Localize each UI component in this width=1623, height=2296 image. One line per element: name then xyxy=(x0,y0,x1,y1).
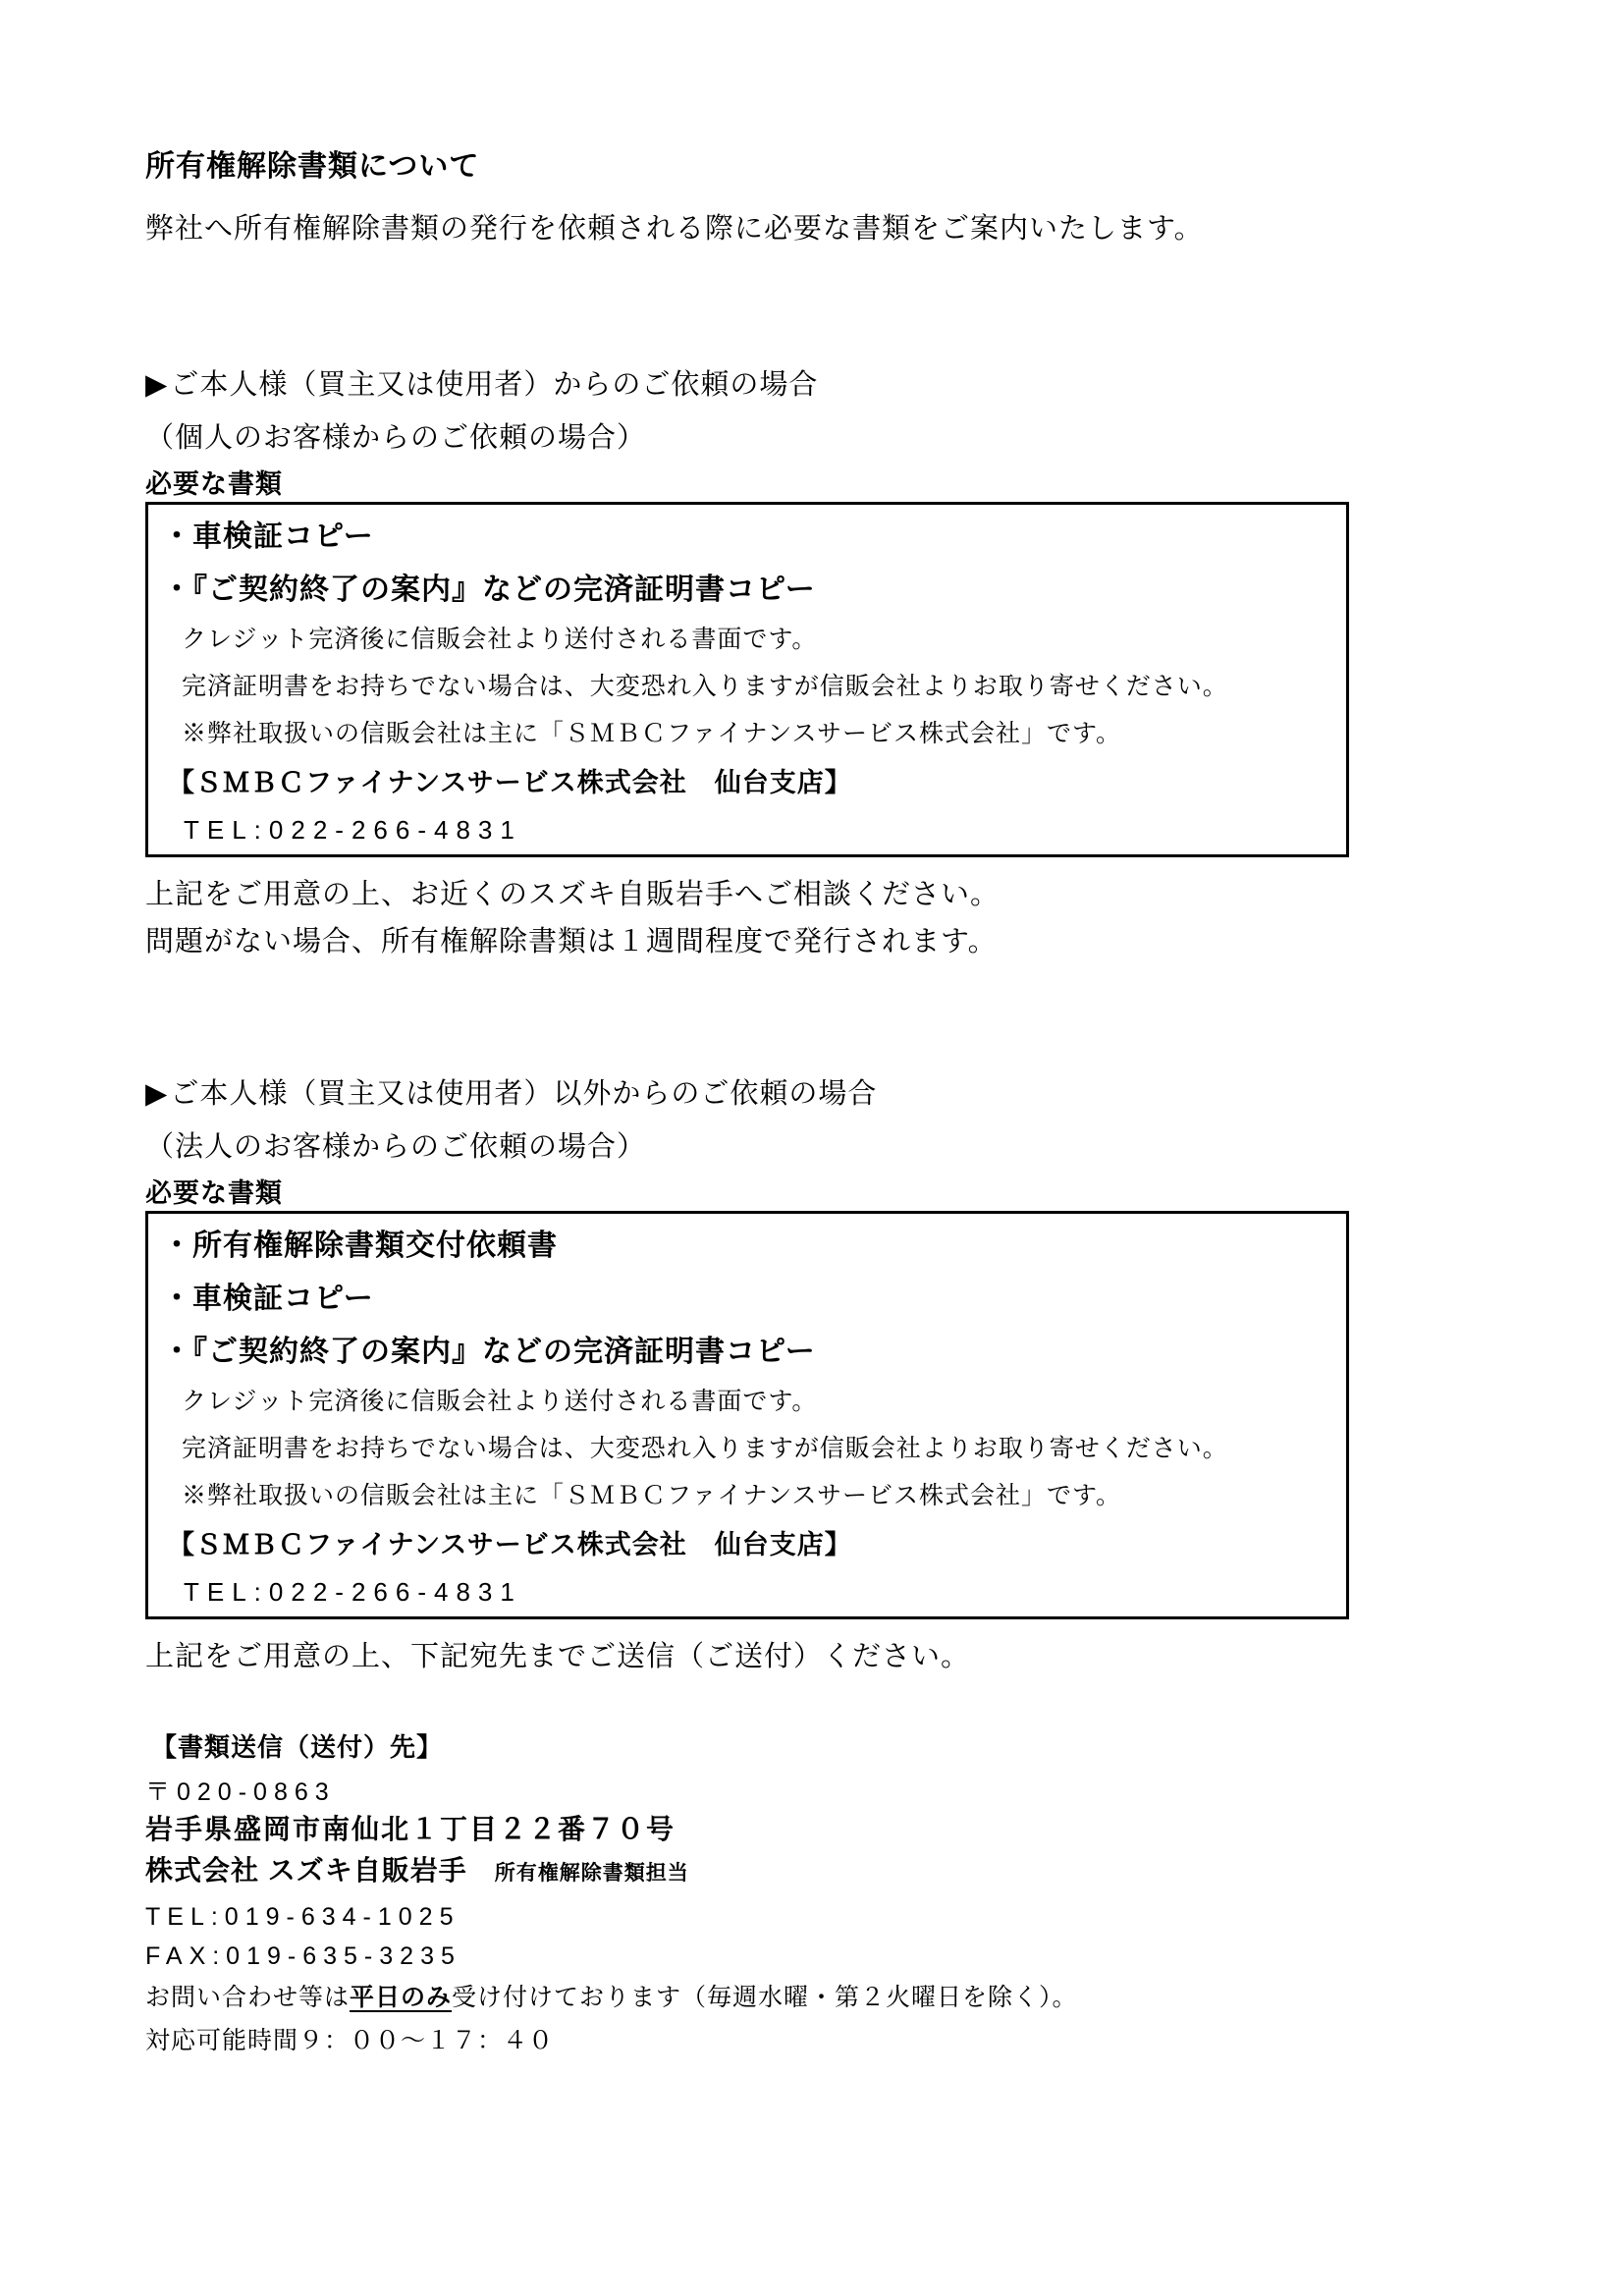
section-heading-text: ご本人様（買主又は使用者）以外からのご依頼の場合 xyxy=(170,1078,877,1110)
box-note: 完済証明書をお持ちでない場合は、大変恐れ入りますが信販会社よりお取り寄せください… xyxy=(148,664,1346,711)
required-documents-label: 必要な書類 xyxy=(145,466,1486,502)
business-hours: 対応可能時間９：００～１７：４０ xyxy=(145,2020,1486,2063)
box-note: ※弊社取扱いの信販会社は主に「ＳＭＢＣファイナンスサービス株式会社」です。 xyxy=(148,711,1346,758)
section-heading: ▶ご本人様（買主又は使用者）以外からのご依頼の場合 xyxy=(145,1073,1486,1115)
section-corporate: ▶ご本人様（買主又は使用者）以外からのご依頼の場合 （法人のお客様からのご依頼の… xyxy=(145,1073,1486,1680)
send-to-heading: 【書類送信（送付）先】 xyxy=(151,1727,1486,1767)
contact-fax: FAX:019-635-3235 xyxy=(145,1937,1486,1976)
contact-availability-note: お問い合わせ等は平日のみ受け付けております（毎週水曜・第２火曜日を除く）。 xyxy=(145,1976,1486,2020)
required-documents-label: 必要な書類 xyxy=(145,1175,1486,1211)
page-title: 所有権解除書類について xyxy=(145,147,1486,186)
finance-company-tel: TEL:022-266-4831 xyxy=(148,807,1346,852)
box-note: クレジット完済後に信販会社より送付される書面です。 xyxy=(148,617,1346,664)
note-suffix: 受け付けております（毎週水曜・第２火曜日を除く）。 xyxy=(452,1985,1078,2011)
street-address: 岩手県盛岡市南仙北１丁目２２番７０号 xyxy=(145,1810,1486,1849)
box-note: クレジット完済後に信販会社より送付される書面です。 xyxy=(148,1379,1346,1426)
required-documents-box: ・車検証コピー ・『ご契約終了の案内』などの完済証明書コピー クレジット完済後に… xyxy=(145,502,1349,857)
finance-company-name: 【ＳＭＢＣファイナンスサービス株式会社 仙台支店】 xyxy=(148,758,1346,807)
section-heading-text: ご本人様（買主又は使用者）からのご依頼の場合 xyxy=(170,369,818,401)
section-heading: ▶ご本人様（買主又は使用者）からのご依頼の場合 xyxy=(145,364,1486,406)
section-individual: ▶ご本人様（買主又は使用者）からのご依頼の場合 （個人のお客様からのご依頼の場合… xyxy=(145,364,1486,965)
triangle-icon: ▶ xyxy=(145,1078,168,1110)
department-name: 所有権解除書類担当 xyxy=(495,1862,689,1885)
footer-line: 上記をご用意の上、下記宛先までご送信（ご送付）ください。 xyxy=(145,1633,1486,1680)
document-content: 所有権解除書類について 弊社へ所有権解除書類の発行を依頼される際に必要な書類をご… xyxy=(0,0,1623,2063)
triangle-icon: ▶ xyxy=(145,369,168,401)
document-page: 所有権解除書類について 弊社へ所有権解除書類の発行を依頼される際に必要な書類をご… xyxy=(0,0,1623,2296)
section-footer: 上記をご用意の上、下記宛先までご送信（ご送付）ください。 xyxy=(145,1633,1486,1680)
box-note: ※弊社取扱いの信販会社は主に「ＳＭＢＣファイナンスサービス株式会社」です。 xyxy=(148,1473,1346,1520)
footer-line: 問題がない場合、所有権解除書類は１週間程度で発行されます。 xyxy=(145,918,1486,965)
section-subheading: （法人のお客様からのご依頼の場合） xyxy=(145,1126,1486,1168)
box-note: 完済証明書をお持ちでない場合は、大変恐れ入りますが信販会社よりお取り寄せください… xyxy=(148,1426,1346,1473)
box-item: ・『ご契約終了の案内』などの完済証明書コピー xyxy=(148,564,1346,617)
postal-code: 〒020-0863 xyxy=(145,1775,1486,1810)
intro-text: 弊社へ所有権解除書類の発行を依頼される際に必要な書類をご案内いたします。 xyxy=(145,209,1486,248)
section-subheading: （個人のお客様からのご依頼の場合） xyxy=(145,417,1486,459)
footer-line: 上記をご用意の上、お近くのスズキ自販岩手へご相談ください。 xyxy=(145,871,1486,918)
contact-tel: TEL:019-634-1025 xyxy=(145,1897,1486,1937)
finance-company-name: 【ＳＭＢＣファイナンスサービス株式会社 仙台支店】 xyxy=(148,1520,1346,1569)
weekdays-only-emphasis: 平日のみ xyxy=(350,1984,452,2011)
company-name: 株式会社 スズキ自販岩手 xyxy=(145,1855,467,1886)
box-item: ・『ご契約終了の案内』などの完済証明書コピー xyxy=(148,1326,1346,1379)
box-item: ・車検証コピー xyxy=(148,511,1346,564)
box-item: ・所有権解除書類交付依頼書 xyxy=(148,1220,1346,1273)
section-footer: 上記をご用意の上、お近くのスズキ自販岩手へご相談ください。 問題がない場合、所有… xyxy=(145,871,1486,965)
company-line: 株式会社 スズキ自販岩手所有権解除書類担当 xyxy=(145,1849,1486,1897)
finance-company-tel: TEL:022-266-4831 xyxy=(148,1569,1346,1614)
box-item: ・車検証コピー xyxy=(148,1273,1346,1326)
required-documents-box: ・所有権解除書類交付依頼書 ・車検証コピー ・『ご契約終了の案内』などの完済証明… xyxy=(145,1211,1349,1619)
note-prefix: お問い合わせ等は xyxy=(145,1985,350,2011)
send-to-section: 【書類送信（送付）先】 〒020-0863 岩手県盛岡市南仙北１丁目２２番７０号… xyxy=(145,1727,1486,2063)
